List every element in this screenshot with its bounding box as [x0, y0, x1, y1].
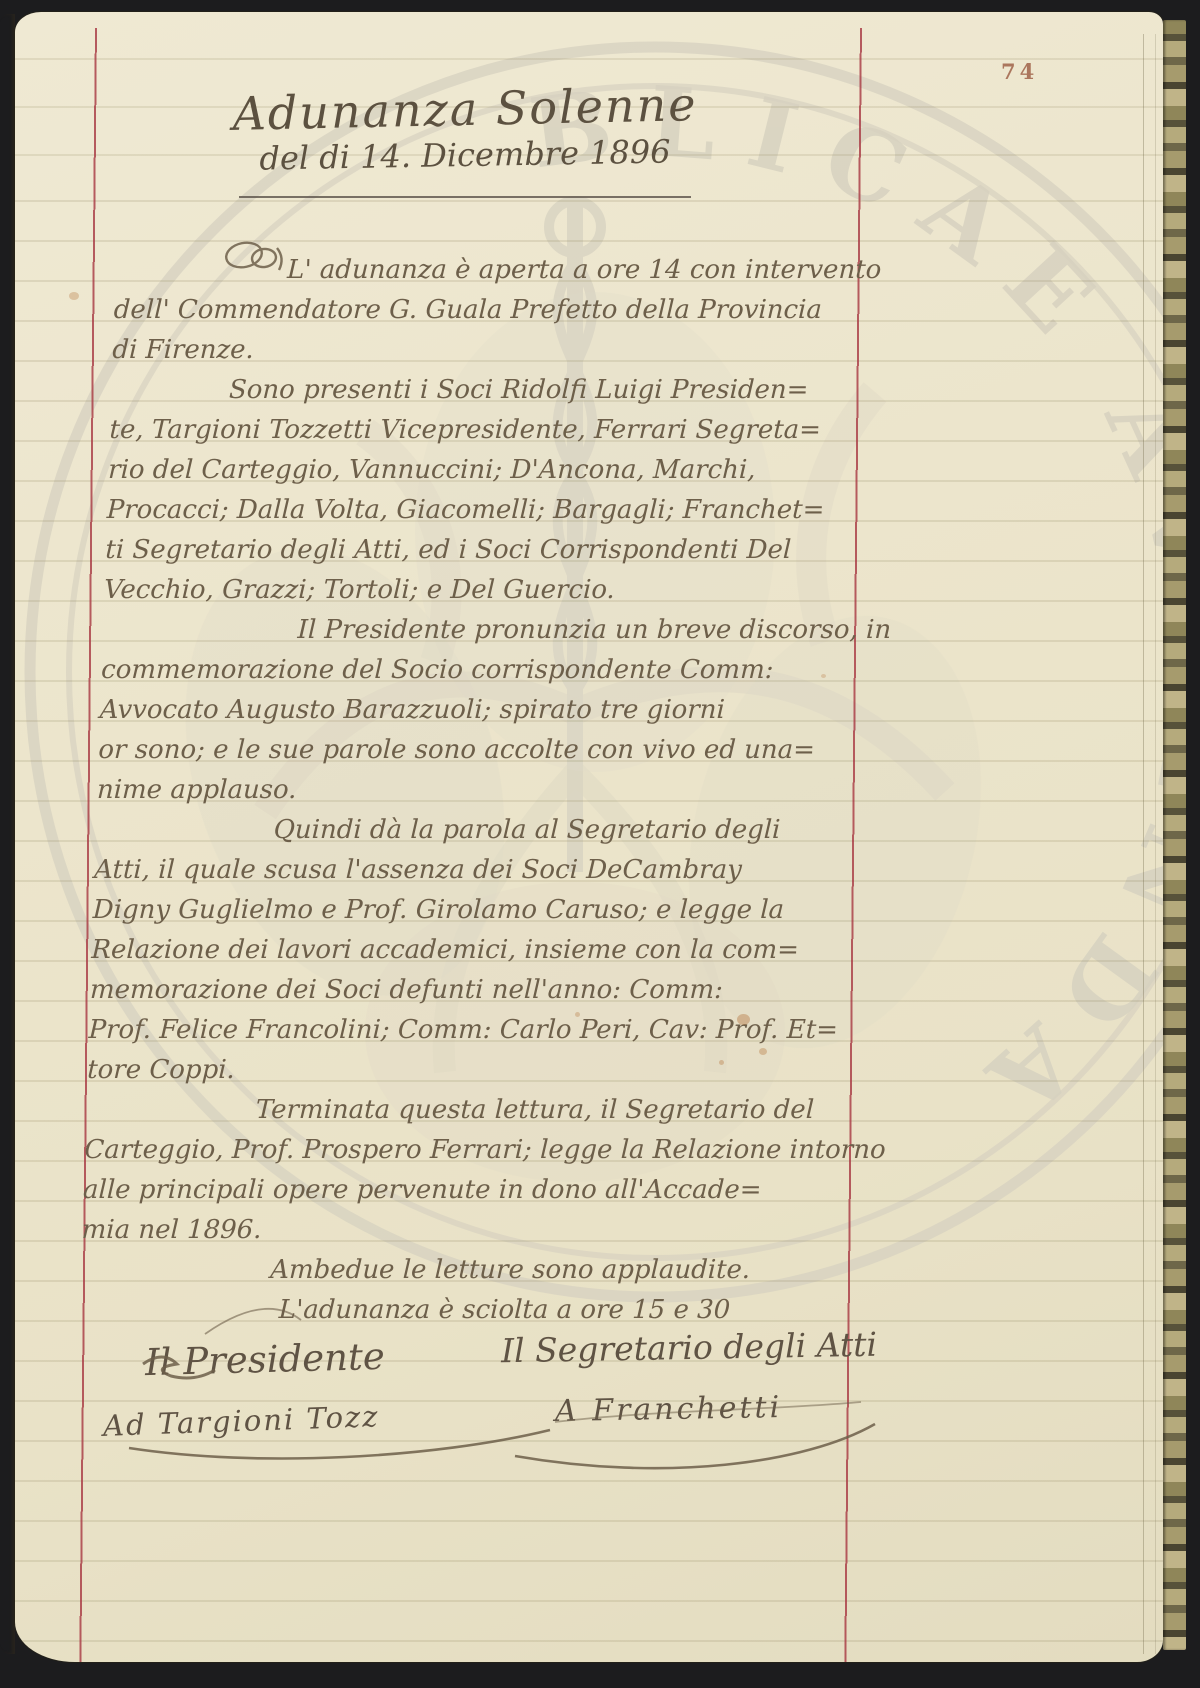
- manuscript-text: L' adunanza è aperta a ore 14 con interv…: [78, 250, 891, 1330]
- title-block: Adunanza Solenne del di 14. Dicembre 189…: [135, 82, 795, 198]
- manuscript-line: Ambedue le letture sono applaudite.: [80, 1250, 856, 1290]
- page-edge-line: [1155, 34, 1156, 1654]
- foxing-spot: [759, 1048, 767, 1055]
- manuscript-line: Procacci; Dalla Volta, Giacomelli; Barga…: [106, 490, 882, 530]
- manuscript-line: alle principali opere pervenute in dono …: [82, 1170, 858, 1210]
- manuscript-line: L' adunanza è aperta a ore 14 con interv…: [114, 250, 890, 290]
- foxing-spot: [575, 1012, 580, 1017]
- foxing-spot: [821, 674, 826, 678]
- book-page-stack-edge: [1163, 20, 1186, 1650]
- manuscript-line: Digny Guglielmo e Prof. Girolamo Caruso;…: [92, 890, 868, 930]
- manuscript-line: Sono presenti i Soci Ridolfi Luigi Presi…: [110, 370, 886, 410]
- manuscript-line: Atti, il quale scusa l'assenza dei Soci …: [94, 850, 870, 890]
- manuscript-line: L'adunanza è sciolta a ore 15 e 30: [78, 1290, 854, 1330]
- manuscript-line: te, Targioni Tozzetti Vicepresidente, Fe…: [109, 410, 885, 450]
- manuscript-line: commemorazione del Socio corrispondente …: [100, 650, 876, 690]
- facing-page-edge: [0, 14, 15, 1654]
- manuscript-scan: BLICAE AVGENDA: [0, 0, 1200, 1688]
- manuscript-line: memorazione dei Soci defunti nell'anno: …: [89, 970, 865, 1010]
- manuscript-line: Relazione dei lavori accademici, insieme…: [91, 930, 867, 970]
- manuscript-line: Vecchio, Grazzi; Tortoli; e Del Guercio.: [103, 570, 879, 610]
- manuscript-line: nime applauso.: [96, 770, 872, 810]
- manuscript-line: Quindi dà la parola al Segretario degli: [95, 810, 871, 850]
- manuscript-line: Il Presidente pronunzia un breve discors…: [102, 610, 878, 650]
- president-role-label: Il Presidente: [144, 1335, 385, 1384]
- manuscript-line: Terminata questa lettura, il Segretario …: [85, 1090, 861, 1130]
- manuscript-line: or sono; e le sue parole sono accolte co…: [98, 730, 874, 770]
- page-fold-line: [1143, 34, 1144, 1654]
- manuscript-line: mia nel 1896.: [81, 1210, 857, 1250]
- page-number: 74: [1001, 59, 1038, 84]
- manuscript-line: Carteggio, Prof. Prospero Ferrari; legge…: [84, 1130, 860, 1170]
- manuscript-line: Avvocato Augusto Barazzuoli; spirato tre…: [99, 690, 875, 730]
- notebook-page: BLICAE AVGENDA: [15, 12, 1163, 1662]
- manuscript-line: dell' Commendatore G. Guala Prefetto del…: [113, 290, 889, 330]
- manuscript-line: di Firenze.: [112, 330, 888, 370]
- foxing-spot: [737, 1014, 750, 1025]
- foxing-spot: [69, 292, 79, 300]
- manuscript-line: rio del Carteggio, Vannuccini; D'Ancona,…: [107, 450, 883, 490]
- secretary-signature: A Franchetti: [555, 1390, 783, 1429]
- secretary-role-label: Il Segretario degli Atti: [501, 1325, 878, 1371]
- manuscript-line: ti Segretario degli Atti, ed i Soci Corr…: [105, 530, 881, 570]
- manuscript-line: tore Coppi.: [87, 1050, 863, 1090]
- foxing-spot: [719, 1060, 724, 1065]
- title-divider: [239, 196, 691, 198]
